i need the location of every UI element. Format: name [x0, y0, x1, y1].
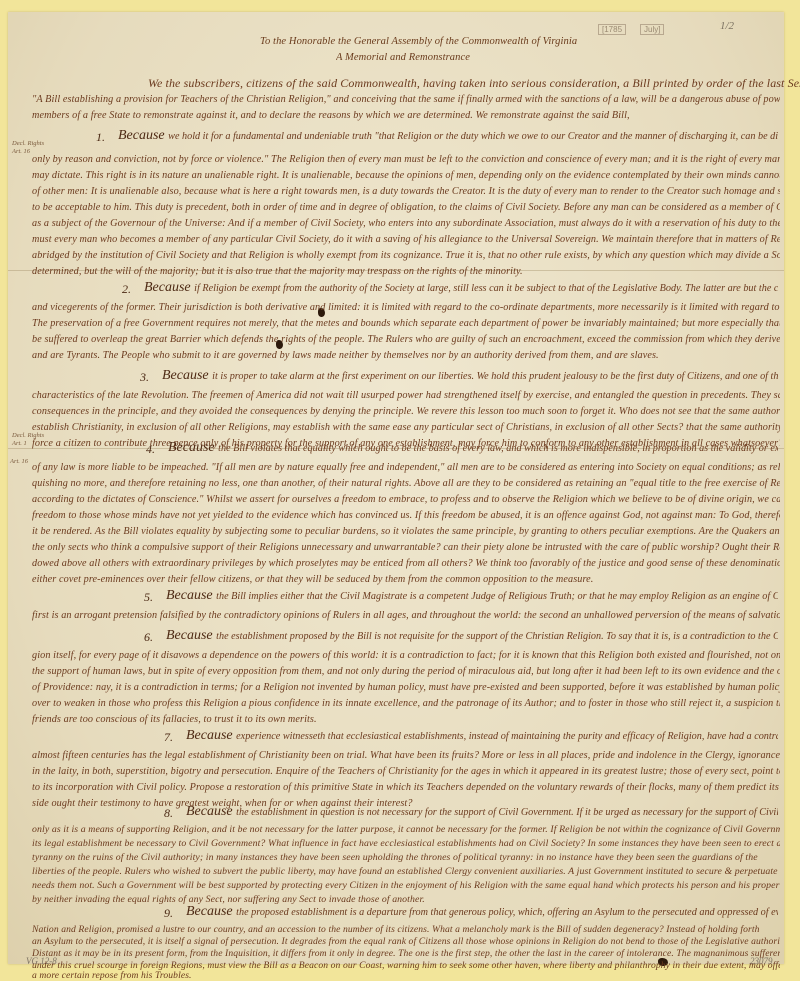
document-subheading: A Memorial and Remonstrance	[336, 52, 470, 63]
section-number: 4.	[146, 442, 155, 457]
document-heading: To the Honorable the General Assembly of…	[260, 36, 577, 47]
section-line: of any law is more liable to be impeache…	[32, 462, 780, 473]
section-line: must every man who becomes a member of a…	[32, 234, 780, 245]
because-word: Because	[186, 804, 233, 819]
section-line: of Providence: nay, it is a contradictio…	[32, 682, 780, 693]
manuscript-page: [1785 July] 1/2 To the Honorable the Gen…	[8, 12, 784, 964]
section-line: it be rendered. As the Bill violates equ…	[32, 526, 780, 537]
because-word: Because	[186, 904, 233, 919]
section-line: establish Christianity, in exclusion of …	[32, 422, 780, 433]
because-heading: Because we hold it for a fundamental and…	[118, 128, 778, 144]
section-line: first is an arrogant pretension falsifie…	[32, 610, 780, 621]
section-line: dowed above all others with extraordinar…	[32, 558, 780, 569]
section-line: of other men: It is unalienable also, be…	[32, 186, 780, 197]
section-line: Distant as it may be in its present form…	[32, 948, 780, 959]
section-line: quishing no more, and therefore retainin…	[32, 478, 780, 489]
because-word: Because	[118, 128, 165, 143]
intro-line: members of a free State to remonstrate a…	[32, 110, 780, 121]
section-line: according to the dictates of Conscience.…	[32, 494, 780, 505]
section-first-line: we hold it for a fundamental and undenia…	[168, 131, 778, 142]
section-number: 9.	[164, 906, 173, 921]
because-heading: Because it is proper to take alarm at th…	[162, 368, 778, 384]
section-line: freedom to those whose minds have not ye…	[32, 510, 780, 521]
section-line: The preservation of a free Government re…	[32, 318, 780, 329]
section-line: either covet pre-eminences over their fe…	[32, 574, 780, 585]
section-number: 1.	[96, 130, 105, 145]
section-line: in the laity, in both, superstition, big…	[32, 766, 780, 777]
section-number: 7.	[164, 730, 173, 745]
because-heading: Because the Bill implies either that the…	[166, 588, 778, 604]
because-heading: Because experience witnesseth that eccle…	[186, 728, 778, 744]
section-first-line: the proposed establishment is a departur…	[236, 907, 778, 918]
section-line: to be acceptable to him. This duty is pr…	[32, 202, 780, 213]
section-line: the only sects who think a compulsive su…	[32, 542, 780, 553]
section-number: 8.	[164, 806, 173, 821]
section-line: only by reason and conviction, not by fo…	[32, 154, 780, 165]
because-word: Because	[168, 440, 215, 455]
corner-mark: 1/2	[720, 20, 734, 32]
section-number: 3.	[140, 370, 149, 385]
because-heading: Because the establishment proposed by th…	[166, 628, 778, 644]
section-line: needs them not. Such a Government will b…	[32, 880, 780, 891]
section-line: an Asylum to the persecuted, it is itsel…	[32, 936, 780, 947]
section-line: and vicegerents of the former. Their jur…	[32, 302, 780, 313]
section-line: gion itself, for every page of it disavo…	[32, 650, 780, 661]
section-line: its legal establishment be necessary to …	[32, 838, 780, 849]
section-line: tyranny on the ruins of the Civil author…	[32, 852, 780, 863]
section-first-line: the Bill implies either that the Civil M…	[216, 591, 778, 602]
section-line: Nation and Religion, promised a lustre t…	[32, 924, 780, 935]
section-number: 2.	[122, 282, 131, 297]
because-heading: Because the Bill violates that equality …	[168, 440, 778, 456]
section-line: friends are too conscious of its fallaci…	[32, 714, 780, 725]
section-line: consequences in the principle, and they …	[32, 406, 780, 417]
section-line: characteristics of the late Revolution. …	[32, 390, 780, 401]
section-line: determined, but the will of the majority…	[32, 266, 780, 277]
section-first-line: it is proper to take alarm at the first …	[212, 371, 778, 382]
because-heading: Because the proposed establishment is a …	[186, 904, 778, 920]
because-heading: Because the establishment in question is…	[186, 804, 778, 820]
section-first-line: the establishment proposed by the Bill i…	[216, 631, 778, 642]
date-stamp-right: July]	[640, 24, 664, 35]
section-line: may dictate. This right is in its nature…	[32, 170, 780, 181]
because-word: Because	[166, 628, 213, 643]
section-first-line: experience witnesseth that ecclesiastica…	[236, 731, 778, 742]
section-first-line: the establishment in question is not nec…	[236, 807, 778, 818]
section-line: as a subject of the Governour of the Uni…	[32, 218, 780, 229]
section-line: only as it is a means of supporting Reli…	[32, 824, 780, 835]
because-heading: Because if Religion be exempt from the a…	[144, 280, 778, 296]
section-line: to its incorporation with Civil policy. …	[32, 782, 780, 793]
intro-line: We the subscribers, citizens of the said…	[148, 76, 800, 91]
section-number: 5.	[144, 590, 153, 605]
section-line: be suffered to overleap the great Barrie…	[32, 334, 780, 345]
margin-note: Art. 16	[10, 458, 28, 466]
date-stamp-left: [1785	[598, 24, 626, 35]
section-line: the support of human laws, but in spite …	[32, 666, 780, 677]
section-line: and are Tyrants. The People who submit t…	[32, 350, 780, 361]
because-word: Because	[186, 728, 233, 743]
because-word: Because	[162, 368, 209, 383]
section-line: abridged by the institution of Civil Soc…	[32, 250, 780, 261]
section-first-line: the Bill violates that equality which ou…	[218, 443, 778, 454]
because-word: Because	[144, 280, 191, 295]
section-first-line: if Religion be exempt from the authority…	[194, 283, 778, 294]
intro-line: "A Bill establishing a provision for Tea…	[32, 94, 780, 105]
section-line: almost fifteen centuries has the legal e…	[32, 750, 780, 761]
section-line: liberties of the people. Rulers who wish…	[32, 866, 780, 877]
section-number: 6.	[144, 630, 153, 645]
section-line: over to weaken in those who profess this…	[32, 698, 780, 709]
because-word: Because	[166, 588, 213, 603]
